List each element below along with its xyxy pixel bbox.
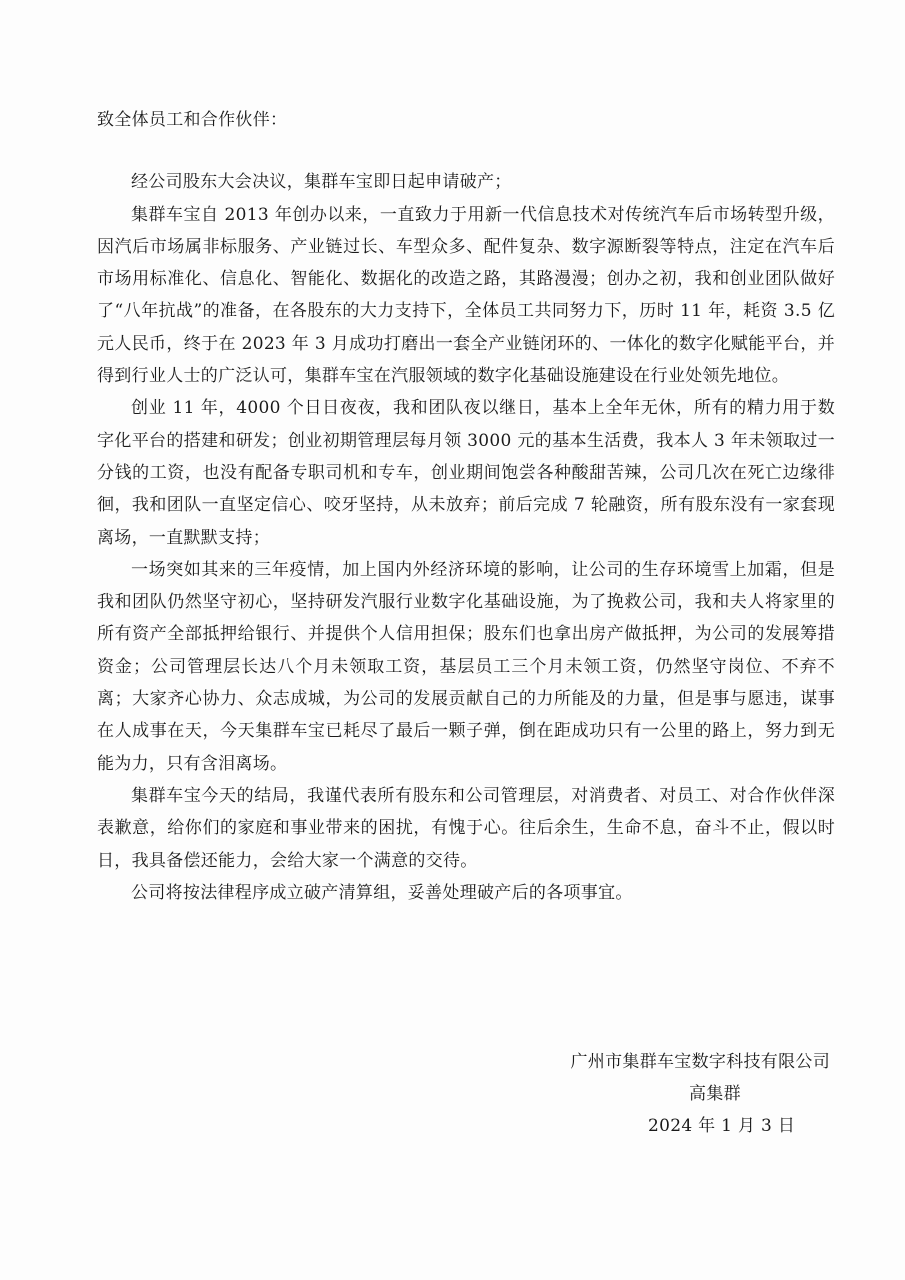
paragraph-company-history: 集群车宝自 2013 年创办以来，一直致力于用新一代信息技术对传统汽车后市场转型… (97, 199, 835, 393)
paragraph-pandemic-impact: 一场突如其来的三年疫情，加上国内外经济环境的影响，让公司的生存环境雪上加霜，但是… (97, 554, 835, 780)
paragraph-startup-struggle: 创业 11 年，4000 个日日夜夜，我和团队夜以继日，基本上全年无休，所有的精… (97, 392, 835, 553)
paragraph-apology: 集群车宝今天的结局，我谨代表所有股东和公司管理层，对消费者、对员工、对合作伙伴深… (97, 780, 835, 877)
document-page: 致全体员工和合作伙伴： 经公司股东大会决议，集群车宝即日起申请破产； 集群车宝自… (0, 0, 905, 1280)
signature-name: 高集群 (520, 1078, 840, 1110)
salutation: 致全体员工和合作伙伴： (97, 104, 835, 136)
paragraph-liquidation: 公司将按法律程序成立破产清算组，妥善处理破产后的各项事宜。 (97, 877, 835, 909)
signature-block: 广州市集群车宝数字科技有限公司 高集群 2024 年 1 月 3 日 (520, 1046, 840, 1142)
letter-body: 致全体员工和合作伙伴： 经公司股东大会决议，集群车宝即日起申请破产； 集群车宝自… (97, 104, 835, 909)
paragraph-bankruptcy-decision: 经公司股东大会决议，集群车宝即日起申请破产； (97, 166, 835, 198)
signature-date: 2024 年 1 月 3 日 (520, 1110, 840, 1142)
signature-company: 广州市集群车宝数字科技有限公司 (520, 1046, 840, 1078)
